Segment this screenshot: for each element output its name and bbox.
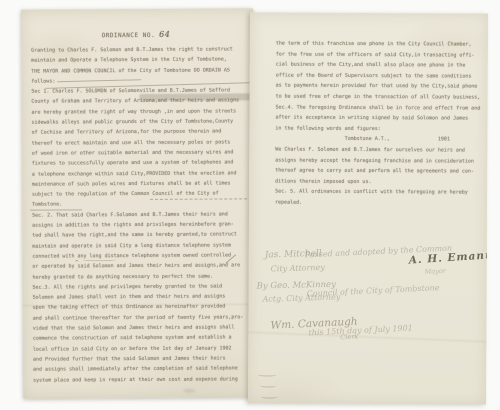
pencil-interlineation-squiggle xyxy=(82,257,116,261)
typed-line: thereof agree to carry out and perform a… xyxy=(275,166,475,178)
pencil-caret-interlineation: ^ xyxy=(74,259,80,266)
pencil-underline-tombstone xyxy=(30,207,82,210)
attorney-signature: Jas. Mitchell xyxy=(265,249,322,261)
typed-line: or operated by said Solomon and James th… xyxy=(32,261,242,273)
typed-line: system place and keep in repair at their… xyxy=(33,374,243,386)
pencil-underline-city-of xyxy=(150,196,255,200)
typed-line: the term of this franchise one phone in … xyxy=(276,39,476,51)
right-typed-text: the term of this franchise one phone in … xyxy=(275,39,476,210)
typed-line: We Charles F. Solomon and B.T.James for … xyxy=(275,144,475,156)
page-left: ORDINANCE NO. 64 Granting to Charles F. … xyxy=(21,8,255,398)
by-line-signature: By Geo. McKinney xyxy=(256,280,335,292)
attorney-title: City Attorney xyxy=(271,263,325,274)
pencil-scribble xyxy=(258,372,276,376)
typed-line: to be used free of charge in the transac… xyxy=(276,91,476,103)
typed-line: after its acceptance in writing signed b… xyxy=(275,113,475,125)
mayor-title: Mayor xyxy=(424,267,446,276)
faint-smudge-left-bottom xyxy=(183,389,195,393)
ordinance-title-typed: ORDINANCE NO. xyxy=(102,32,160,39)
page-right-content: the term of this franchise one phone in … xyxy=(249,12,488,209)
typed-line: cial business of the City,and shall also… xyxy=(276,60,476,72)
typed-line: fixtures to successfully operate and use… xyxy=(32,158,242,170)
typed-line: repealed. xyxy=(275,197,475,209)
pencil-scribble xyxy=(260,383,276,387)
overtyped-text-patch xyxy=(139,93,255,101)
typed-line: commence the construction of said teleph… xyxy=(33,333,243,345)
typed-line: THE MAYOR AND COMMON COUNCIL of the City… xyxy=(31,65,241,77)
ordinance-title: ORDINANCE NO. 64 xyxy=(31,29,241,39)
typed-line: Sec. 5. All ordinances in conflict with … xyxy=(275,187,475,199)
page-right: the term of this franchise one phone in … xyxy=(248,12,488,404)
scanned-ordinance-document: ORDINANCE NO. 64 Granting to Charles F. … xyxy=(0,0,500,410)
pencil-scribble xyxy=(261,394,278,398)
typed-line: maintain and Operate a Telephone System … xyxy=(31,55,241,67)
typed-line: and assigns shall immediately after the … xyxy=(33,364,243,376)
ordinance-number-handwritten: 64 xyxy=(159,30,170,39)
